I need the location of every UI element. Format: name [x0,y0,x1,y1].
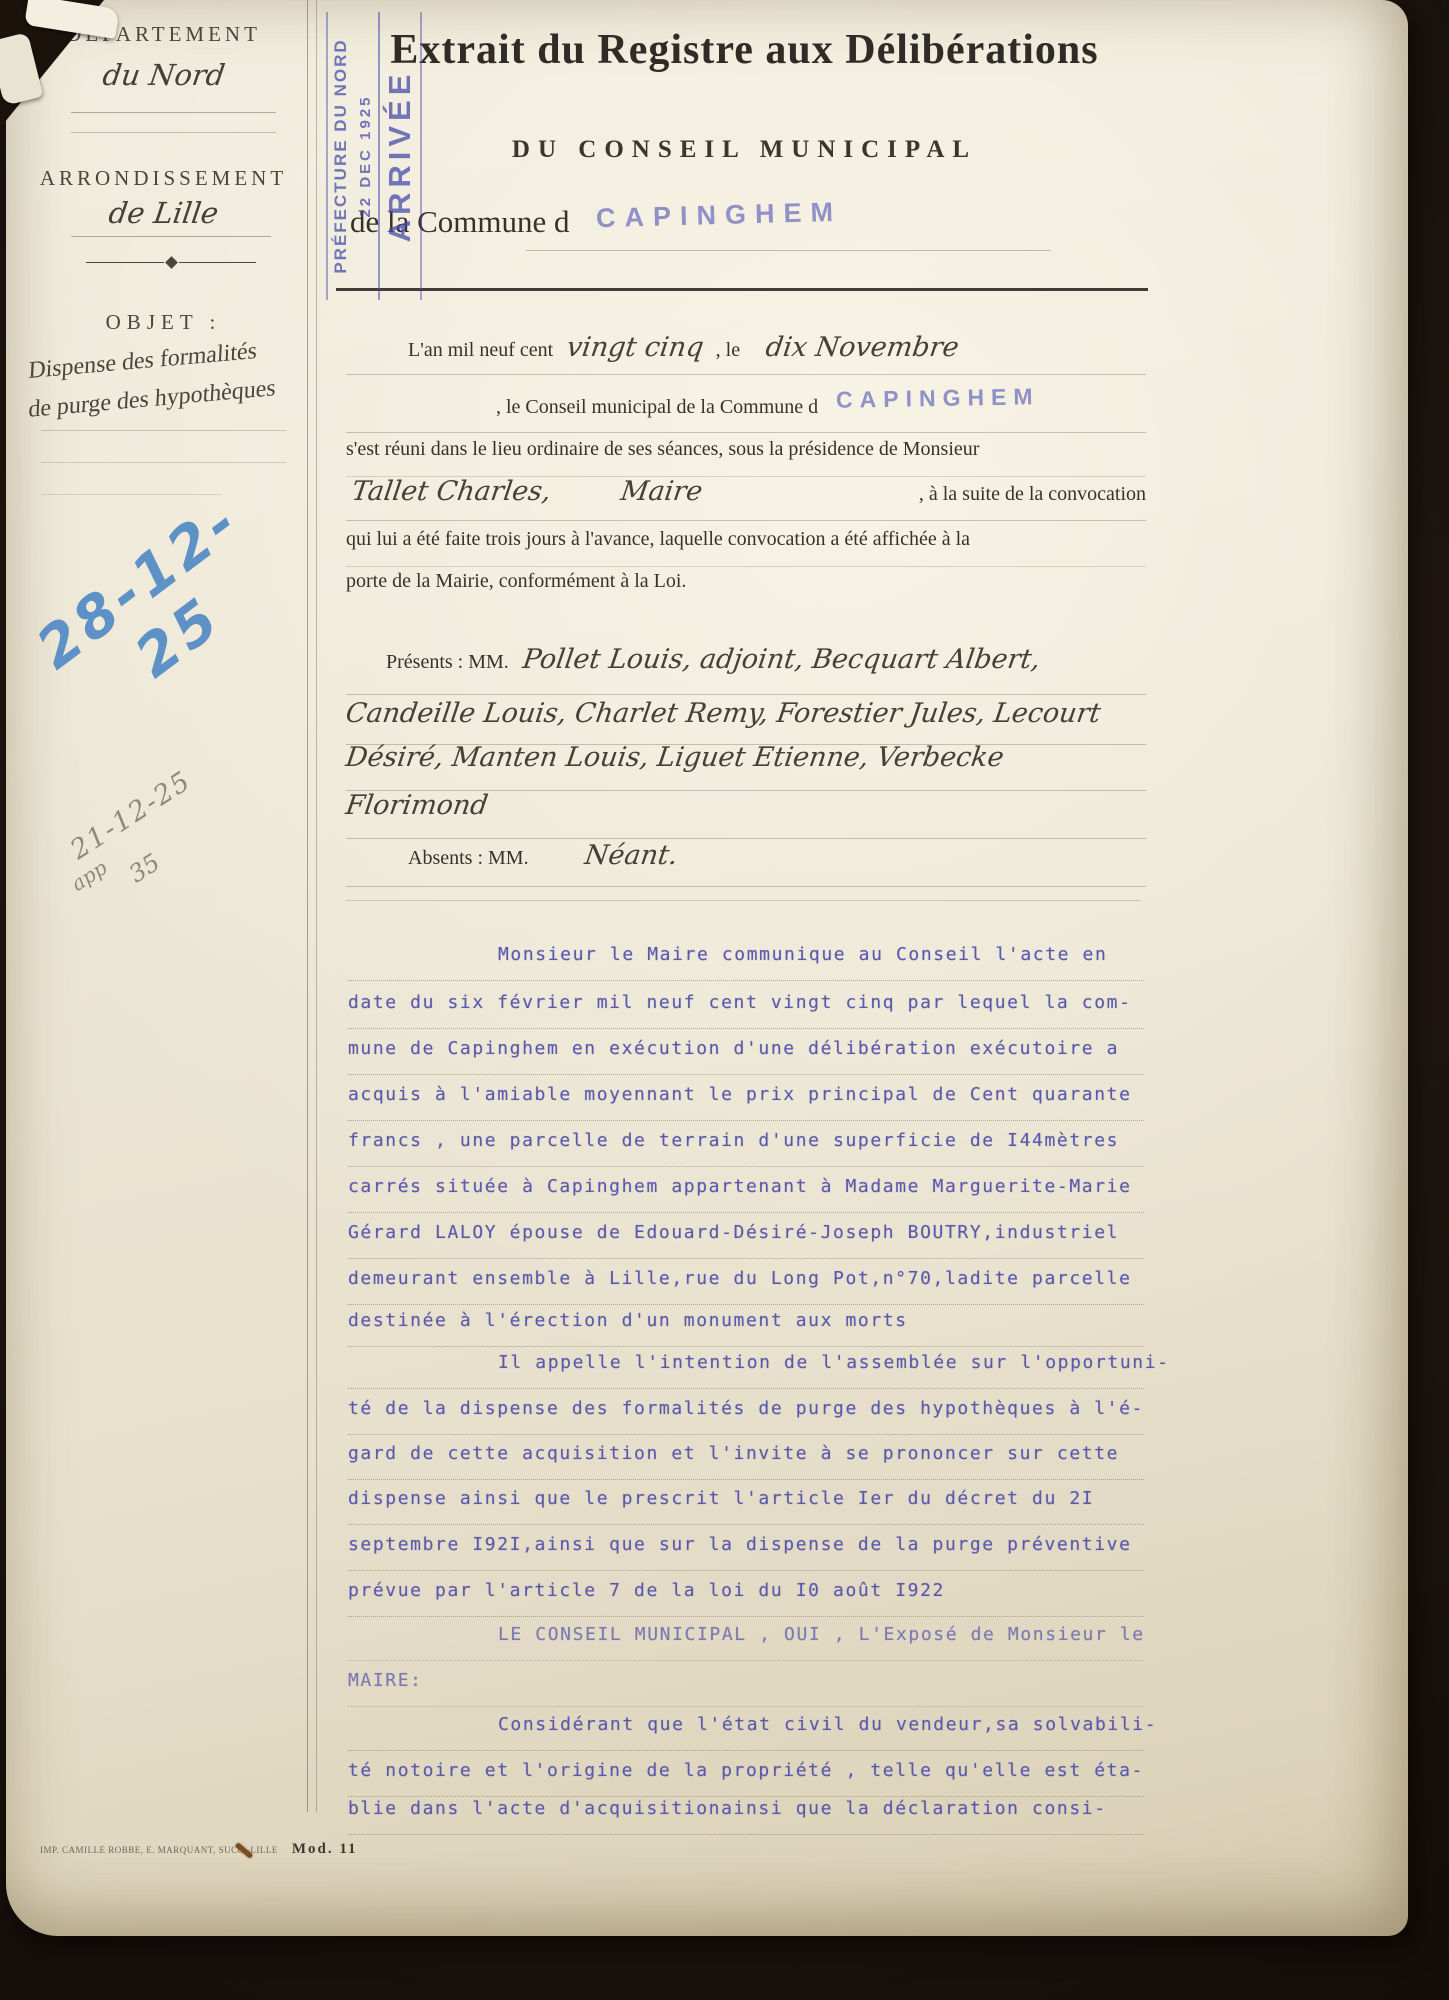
typed-line: acquis à l'amiable moyennant le prix pri… [348,1084,1144,1121]
handwritten-presents-3: Désiré, Manten Louis, Liguet Etienne, Ve… [344,742,1006,773]
margin-rule [41,430,286,431]
form-line-presents-2: Candeille Louis, Charlet Remy, Forestier… [346,698,1146,745]
typed-line: Considérant que l'état civil du vendeur,… [348,1714,1144,1751]
form-line-presents: Présents : MM. Pollet Louis, adjoint, Be… [346,644,1146,695]
objet-label: OBJET : [16,310,311,335]
typed-line: blie dans l'acte d'acquisitionainsi que … [348,1798,1144,1835]
typed-line: demeurant ensemble à Lille,rue du Long P… [348,1268,1144,1305]
blank-rule [346,900,1141,901]
typed-line: prévue par l'article 7 de la loi du I0 a… [348,1580,1144,1617]
objet-value-line1: Dispense des formalités [28,338,258,385]
typed-line: destinée à l'érection d'un monument aux … [348,1310,1144,1347]
margin-rule [41,462,286,463]
typed-line: gard de cette acquisition et l'invite à … [348,1443,1144,1480]
margin-rule [71,132,276,133]
handwritten-absents: Néant. [582,840,679,871]
typed-line: septembre I92I,ainsi que sur la dispense… [348,1534,1144,1571]
typed-line: francs , une parcelle de terrain d'une s… [348,1130,1144,1167]
presents-label: Présents : MM. [386,651,509,674]
form-line-president: Tallet Charles, Maire , à la suite de la… [346,476,1146,521]
pencil-annotation: 21-12-25 app 35 [65,765,224,908]
margin-ornament [86,258,256,267]
typed-line: date du six février mil neuf cent vingt … [348,992,1144,1029]
form-line-absents: Absents : MM. Néant. [346,840,1146,887]
typed-line: Monsieur le Maire communique au Conseil … [348,944,1144,981]
handwritten-presents-2: Candeille Louis, Charlet Remy, Forestier… [344,698,1103,729]
typed-line: carrés située à Capinghem appartenant à … [348,1176,1144,1213]
form-line-date: L'an mil neuf cent vingt cinq , le dix N… [346,332,1146,375]
typed-line: MAIRE: [348,1670,1144,1707]
margin-rule [71,236,271,237]
form-line-commune: , le Conseil municipal de la Commune d C… [346,392,1146,433]
typed-line: dispense ainsi que le prescrit l'article… [348,1488,1144,1525]
handwritten-year: vingt cinq [565,332,706,363]
prefecture-arrival-stamp: PRÉFECTURE DU NORD 22 DEC 1925 ARRIVÉE [326,12,466,300]
typed-line: LE CONSEIL MUNICIPAL , OUI , L'Exposé de… [348,1624,1144,1661]
form-line-presents-4: Florimond [346,790,1146,839]
handwritten-day: dix Novembre [764,332,961,363]
document-paper: DÉPARTEMENT du Nord ARRONDISSEMENT de Li… [6,0,1408,1936]
commune-stamp-body: CAPINGHEM [836,383,1040,414]
stamp-date: 22 DEC 1925 [357,12,374,300]
stamp-prefecture-name: PRÉFECTURE DU NORD [326,12,351,300]
form-line-convocation: qui lui a été faite trois jours à l'avan… [346,528,1146,567]
margin-separator-rule [307,0,317,1812]
commune-underline [526,250,1051,251]
handwritten-presents-1: Pollet Louis, adjoint, Becquart Albert, [521,644,1042,675]
typed-line: Gérard LALOY épouse de Edouard-Désiré-Jo… [348,1222,1144,1259]
handwritten-president-title: Maire [619,476,705,507]
arrondissement-value-handwritten: de Lille [16,196,311,231]
form-line-reunion: s'est réuni dans le lieu ordinaire de se… [346,438,1146,477]
typed-line: té notoire et l'origine de la propriété … [348,1760,1144,1797]
objet-value-line2: de purge des hypothèques [28,375,277,424]
absents-label: Absents : MM. [408,847,529,870]
typed-line: Il appelle l'intention de l'assemblée su… [348,1352,1144,1389]
handwritten-president-name: Tallet Charles, [350,476,553,507]
blue-crayon-date-annotation: 28-12-25 [0,465,323,757]
typed-line: té de la dispense des formalités de purg… [348,1398,1144,1435]
stamp-arrivee: ARRIVÉE [378,12,422,300]
arrondissement-label: ARRONDISSEMENT [16,166,311,191]
typed-line: mune de Capinghem en exécution d'une dél… [348,1038,1144,1075]
form-line-mairie: porte de la Mairie, conformément à la Lo… [346,570,1146,608]
margin-rule [71,112,276,113]
printer-imprint: IMP. CAMILLE ROBBE, E. MARQUANT, SUCC.-L… [40,1840,358,1858]
form-line-presents-3: Désiré, Manten Louis, Liguet Etienne, Ve… [346,742,1146,791]
commune-stamp-header: CAPINGHEM [596,197,843,234]
departement-value-handwritten: du Nord [16,58,311,93]
handwritten-presents-4: Florimond [344,790,490,821]
form-model-number: Mod. 11 [292,1841,358,1857]
margin-rule [41,494,221,495]
